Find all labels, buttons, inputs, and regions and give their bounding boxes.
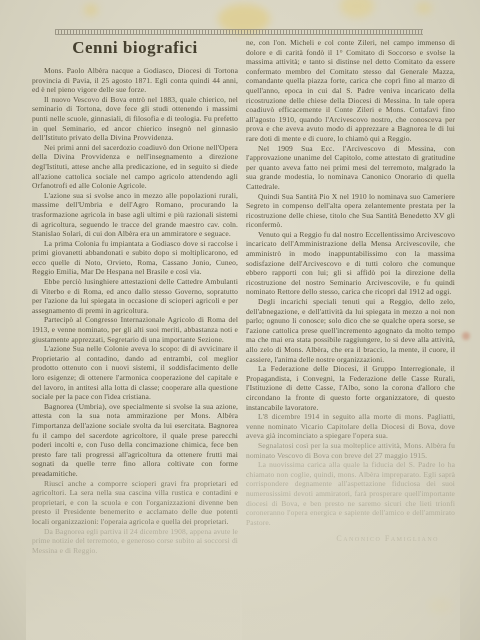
paragraph: Bagnorea (Umbria), ove specialmente si s… <box>32 402 238 479</box>
paragraph: Da Bagnorea egli partiva il 24 dicembre … <box>32 527 238 556</box>
paragraph: Ebbe perciò lusinghiere attestazioni del… <box>32 277 238 315</box>
page-title: Cenni biografici <box>32 38 238 58</box>
paper-stain <box>428 598 452 614</box>
paragraph: Mons. Paolo Albèra nacque a Godiasco, Di… <box>32 66 238 95</box>
paragraph: La Federazione delle Diocesi, il Gruppo … <box>246 364 455 412</box>
paragraph: L'8 dicembre 1914 in seguito alla morte … <box>246 412 455 441</box>
signature: Canonico Famigliano <box>246 534 455 544</box>
paragraph: Segnalatosi così per la sua molteplice a… <box>246 441 455 460</box>
paragraph: Nei primi anni del sacerdozio coadiuvò d… <box>32 143 238 191</box>
paper-stain <box>84 4 98 16</box>
paper-stain <box>462 332 470 340</box>
paragraph: Quindi Sua Santità Pio X nel 1910 lo nom… <box>246 192 455 230</box>
right-column: ne, con l'on. Micheli e col conte Zileri… <box>246 38 455 544</box>
paragraph: Il nuovo Vescovo di Bova entrò nel 1883,… <box>32 95 238 143</box>
paragraph: L'azione sua si svolse anco in mezzo all… <box>32 191 238 239</box>
paragraph: Riuscì anche a comporre scioperi gravi f… <box>32 479 238 527</box>
paragraph: Venuto qui a Reggio fu dal nostro Eccell… <box>246 230 455 297</box>
paper-stain <box>416 2 432 14</box>
paragraph: ne, con l'on. Micheli e col conte Zileri… <box>246 38 455 144</box>
left-column: Mons. Paolo Albèra nacque a Godiasco, Di… <box>32 66 238 555</box>
paragraph: La nuovissima carica alla quale la fiduc… <box>246 460 455 527</box>
scanned-page: Cenni biografici Mons. Paolo Albèra nacq… <box>0 0 480 640</box>
paragraph: Partecipò al Congresso Internazionale Ag… <box>32 315 238 344</box>
paragraph: Nel 1909 Sua Ecc. l'Arcivescovo di Messi… <box>246 144 455 192</box>
paragraph: Degli incarichi speciali tenuti qui a Re… <box>246 297 455 364</box>
decorative-rule <box>55 29 423 35</box>
paper-stain <box>340 0 374 18</box>
paragraph: L'azione Sua nelle Colonie aveva lo scop… <box>32 344 238 402</box>
paragraph: La prima Colonia fu impiantata a Godiasc… <box>32 239 238 277</box>
